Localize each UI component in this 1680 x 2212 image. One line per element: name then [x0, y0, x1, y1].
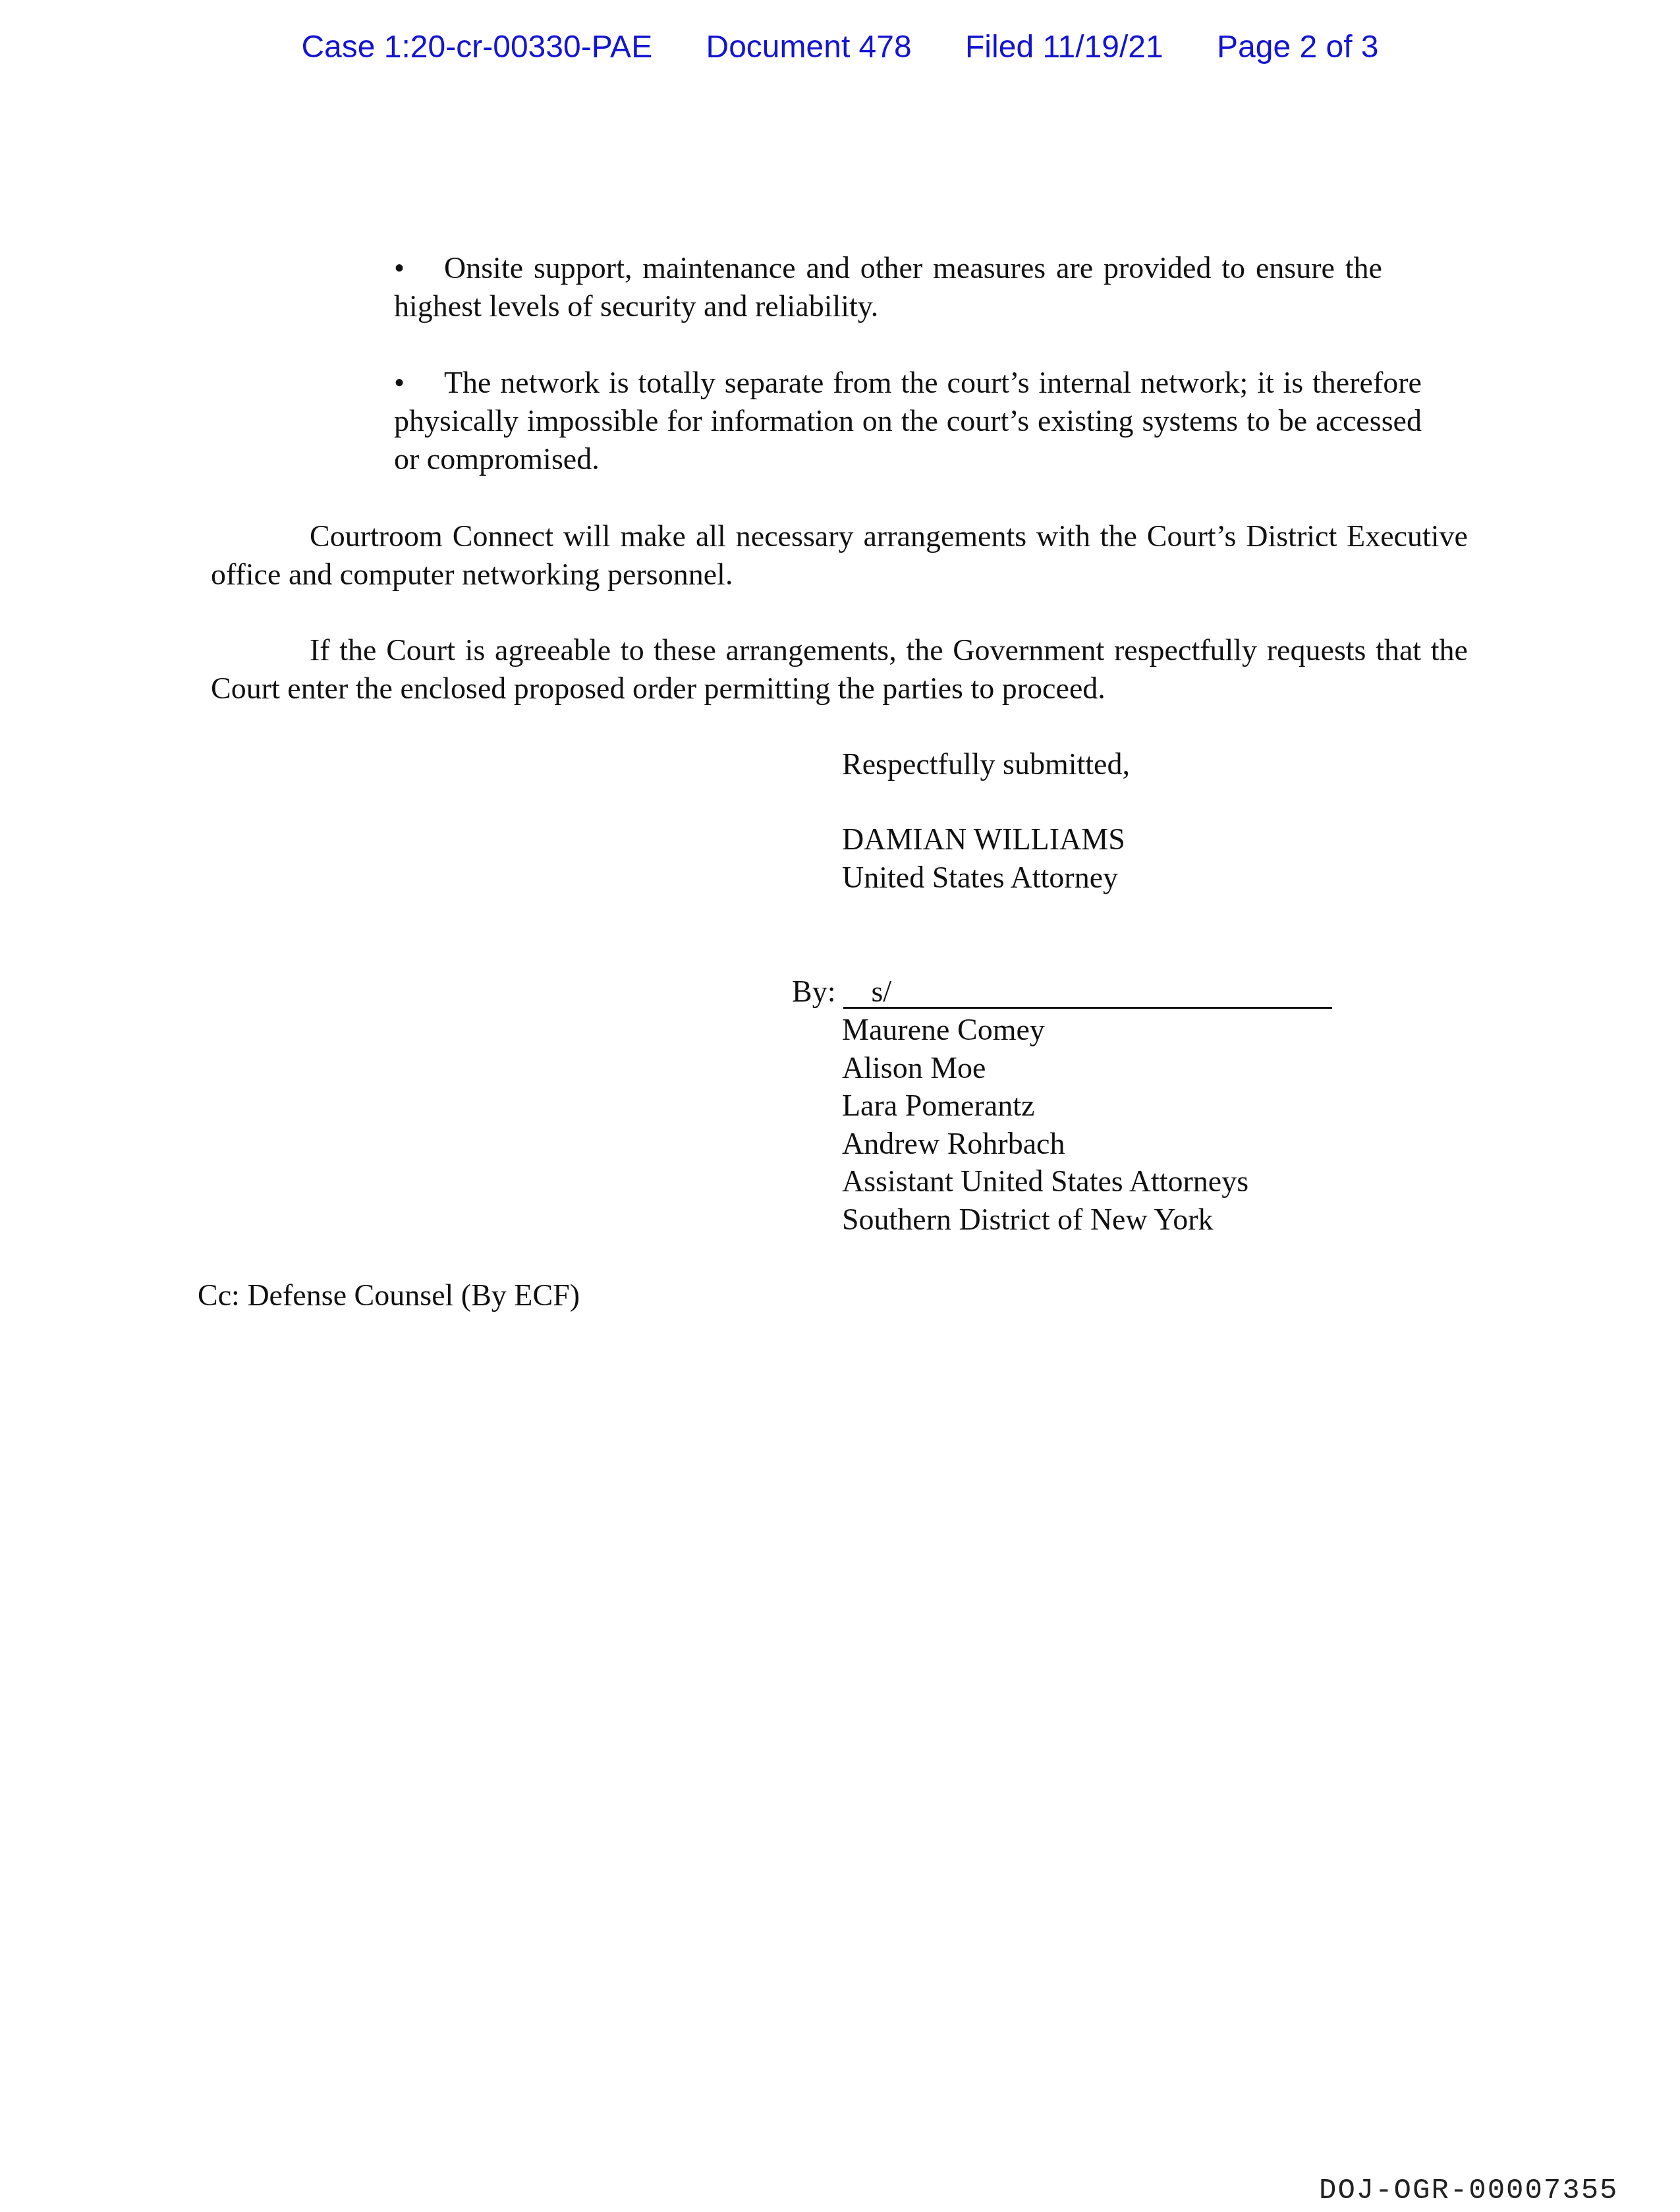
bates-number: DOJ-OGR-00007355	[1319, 2174, 1618, 2207]
bullet-text: The network is totally separate from the…	[394, 366, 1422, 476]
by-label: By:	[792, 975, 835, 1008]
closing-line: Respectfully submitted,	[842, 745, 1130, 783]
filed-date: Filed 11/19/21	[965, 29, 1163, 65]
signer-office: Southern District of New York	[842, 1201, 1248, 1239]
us-attorney-name: DAMIAN WILLIAMS	[842, 820, 1125, 859]
document-number: Document 478	[706, 29, 912, 65]
signature-line: s/	[843, 977, 1332, 1009]
ecf-filing-header: Case 1:20-cr-00330-PAE Document 478 File…	[0, 29, 1680, 65]
body-paragraph: Courtroom Connect will make all necessar…	[211, 517, 1468, 594]
bullet-marker-icon: •	[394, 249, 444, 287]
bullet-text: Onsite support, maintenance and other me…	[394, 251, 1382, 323]
signer-name: Andrew Rohrbach	[842, 1125, 1248, 1163]
case-number: Case 1:20-cr-00330-PAE	[301, 29, 652, 65]
bullet-item: •Onsite support, maintenance and other m…	[394, 249, 1382, 326]
signer-name: Maurene Comey	[842, 1011, 1248, 1049]
signer-block: Maurene Comey Alison Moe Lara Pomerantz …	[842, 1011, 1248, 1238]
cc-line: Cc: Defense Counsel (By ECF)	[198, 1276, 580, 1315]
signer-title: Assistant United States Attorneys	[842, 1162, 1248, 1201]
bullet-item: •The network is totally separate from th…	[394, 364, 1422, 478]
signature-by-row: By:s/	[792, 973, 1332, 1011]
signer-name: Alison Moe	[842, 1049, 1248, 1087]
us-attorney-title: United States Attorney	[842, 859, 1118, 897]
signer-name: Lara Pomerantz	[842, 1087, 1248, 1125]
page-indicator: Page 2 of 3	[1217, 29, 1379, 65]
bullet-marker-icon: •	[394, 364, 444, 402]
body-paragraph: If the Court is agreeable to these arran…	[211, 631, 1468, 708]
